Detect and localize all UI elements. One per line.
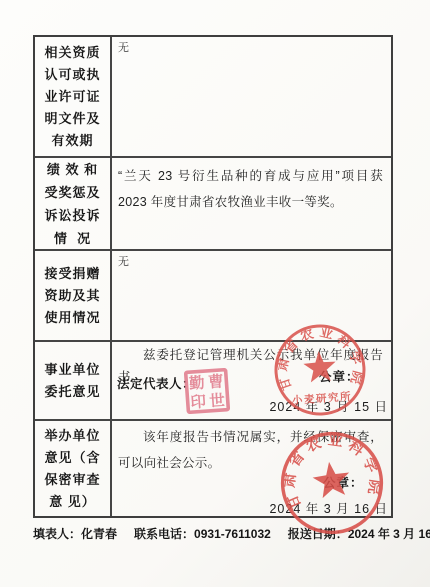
row-label-line: 认可或执 xyxy=(44,64,100,86)
table-row-sponsor-opinion: 举办单位 意见（含 保密审查 意 见） 该年度报告书情况属实，并经保密审查，可以… xyxy=(35,419,391,516)
cell-value-none: 无 xyxy=(118,253,129,269)
phone-label: 联系电话： xyxy=(134,527,194,541)
table-row-performance: 绩 效 和 受奖惩及 诉讼投诉 情 况 “兰天 23 号衍生品种的育成与应用”项… xyxy=(35,156,391,249)
star-icon xyxy=(311,459,352,499)
official-seal-academy: 甘肃省农业科学院 xyxy=(276,427,388,539)
row-label-entity-opinion: 事业单位 委托意见 xyxy=(35,342,112,419)
row-label-line: 事业单位 xyxy=(44,359,100,381)
star-icon xyxy=(303,350,337,383)
row-label-line: 委托意见 xyxy=(44,381,100,403)
row-label-line: 绩 效 和 xyxy=(47,158,98,181)
name-seal-char: 曹 xyxy=(208,372,225,391)
report-table: 相关资质 认可或执 业许可证 明文件及 有效期 无 绩 效 和 受奖惩及 诉讼投… xyxy=(33,35,393,518)
row-label-line: 资助及其 xyxy=(44,285,100,307)
phone-value: 0931-7611032 xyxy=(194,527,271,541)
row-label-donations: 接受捐赠 资助及其 使用情况 xyxy=(35,251,112,340)
seal-sub-text: 小麦研究所 xyxy=(292,390,353,407)
row-label-line: 业许可证 xyxy=(44,86,100,108)
preparer-field: 填表人：化青春 xyxy=(33,525,117,542)
row-label-line: 受奖惩及 xyxy=(44,181,100,204)
row-label-qualifications: 相关资质 认可或执 业许可证 明文件及 有效期 xyxy=(35,37,112,156)
name-seal-char: 勤 xyxy=(189,374,206,393)
cell-performance-content: “兰天 23 号衍生品种的育成与应用”项目获 2023 年度甘肃省农牧渔业丰收一… xyxy=(112,158,391,249)
name-seal-char: 印 xyxy=(190,392,207,412)
cell-entity-opinion-content: 兹委托登记管理机关公示我单位年度报告书。 法定代表人： 公章： 2024 年 3… xyxy=(112,342,391,419)
row-label-line: 诉讼投诉 xyxy=(44,204,100,227)
row-label-line: 接受捐赠 xyxy=(44,263,100,285)
row-label-line: 有效期 xyxy=(51,130,93,152)
row-label-line: 使用情况 xyxy=(44,307,100,329)
table-row-entity-opinion: 事业单位 委托意见 兹委托登记管理机关公示我单位年度报告书。 法定代表人： 公章… xyxy=(35,340,391,419)
row-label-line: 保密审查 xyxy=(44,469,100,491)
row-label-line: 举办单位 xyxy=(44,425,100,447)
cell-text: “兰天 23 号衍生品种的育成与应用”项目获 2023 年度甘肃省农牧渔业丰收一… xyxy=(112,158,391,215)
row-label-line: 相关资质 xyxy=(44,42,100,64)
phone-field: 联系电话：0931-7611032 xyxy=(134,525,271,542)
cell-qualifications-content: 无 xyxy=(112,37,391,156)
preparer-label: 填表人： xyxy=(33,527,81,541)
row-label-line: 情 况 xyxy=(54,227,91,250)
name-seal-stamp: 勤 曹 印 世 xyxy=(184,368,230,414)
cell-sponsor-opinion-content: 该年度报告书情况属实，并经保密审查，可以向社会公示。 公章： 2024 年 3 … xyxy=(112,421,391,516)
row-label-line: 明文件及 xyxy=(44,108,100,130)
name-seal-char: 世 xyxy=(209,391,226,410)
table-row-qualifications: 相关资质 认可或执 业许可证 明文件及 有效期 无 xyxy=(35,37,391,156)
row-label-sponsor-opinion: 举办单位 意见（含 保密审查 意 见） xyxy=(35,421,112,516)
annual-report-form-page: 相关资质 认可或执 业许可证 明文件及 有效期 无 绩 效 和 受奖惩及 诉讼投… xyxy=(0,0,430,587)
row-label-performance: 绩 效 和 受奖惩及 诉讼投诉 情 况 xyxy=(35,158,112,249)
preparer-value: 化青春 xyxy=(81,527,117,541)
row-label-line: 意 见） xyxy=(49,491,96,513)
official-seal-wheat-institute: 甘肃省农业科学院 小麦研究所 xyxy=(270,320,370,420)
cell-value-none: 无 xyxy=(118,39,129,55)
row-label-line: 意见（含 xyxy=(44,447,100,469)
